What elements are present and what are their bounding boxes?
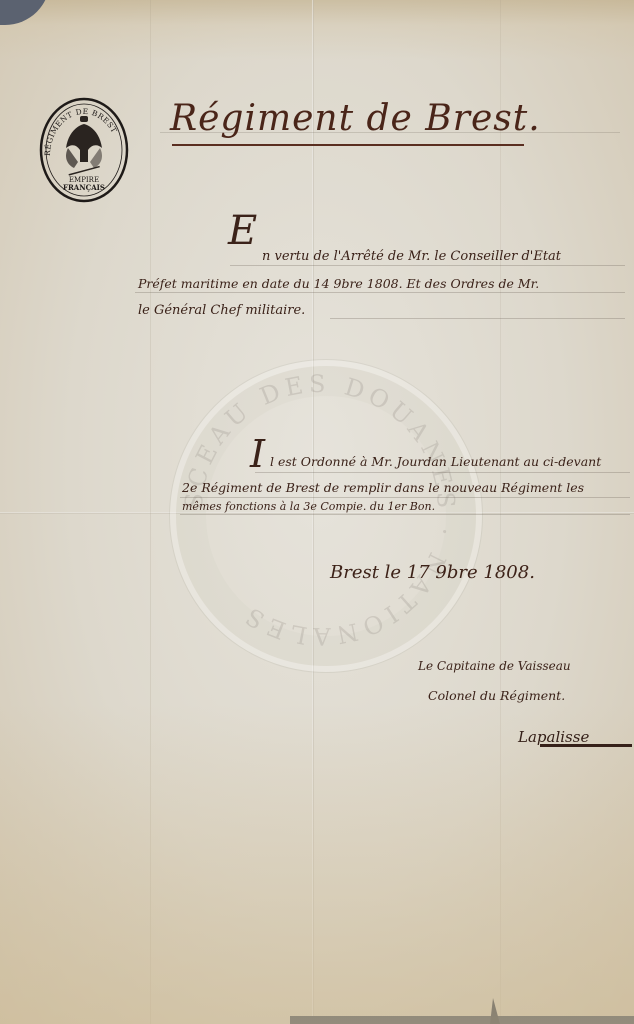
faint-fold	[150, 0, 151, 1024]
ruled-line	[180, 514, 630, 515]
paragraph1-line3: le Général Chef militaire.	[138, 304, 305, 317]
torn-bottom-edge	[290, 1016, 634, 1024]
document-sheet: SCEAU DES DOUANES · NATIONALES RÉGIMENT …	[0, 0, 634, 1024]
paragraph2-line2: 2e Régiment de Brest de remplir dans le …	[182, 482, 584, 495]
ruled-line	[230, 265, 625, 266]
ruled-line	[135, 292, 625, 293]
document-title: Régiment de Brest.	[170, 98, 541, 139]
regiment-stamp: RÉGIMENT DE BREST EMPIRE FRANÇAIS	[38, 96, 130, 204]
stamp-bottom-line2: FRANÇAIS	[63, 183, 105, 192]
tear-notch	[490, 998, 500, 1024]
stamp-frame-icon: RÉGIMENT DE BREST EMPIRE FRANÇAIS	[38, 96, 130, 204]
torn-corner	[0, 0, 50, 25]
ruled-line	[330, 318, 625, 319]
signatory-title: Le Capitaine de Vaisseau	[418, 660, 571, 672]
ruled-line	[180, 497, 630, 498]
paragraph1-dropcap: E	[228, 208, 257, 254]
signature-flourish	[540, 744, 632, 747]
title-underline	[172, 144, 524, 146]
ruled-line	[255, 472, 630, 473]
paragraph2-dropcap: I	[250, 432, 265, 476]
paragraph1-line1: n vertu de l'Arrêté de Mr. le Conseiller…	[262, 250, 561, 263]
paragraph2-line1: l est Ordonné à Mr. Jourdan Lieutenant a…	[270, 456, 601, 469]
signatory-rank: Colonel du Régiment.	[428, 690, 565, 703]
faint-fold	[500, 0, 501, 1024]
paragraph1-line2: Préfet maritime en date du 14 9bre 1808.…	[138, 278, 539, 291]
place-date: Brest le 17 9bre 1808.	[330, 562, 535, 583]
imperial-eagle-crown-icon	[66, 116, 102, 176]
paragraph2-line3: mêmes fonctions à la 3e Compie. du 1er B…	[182, 501, 435, 512]
